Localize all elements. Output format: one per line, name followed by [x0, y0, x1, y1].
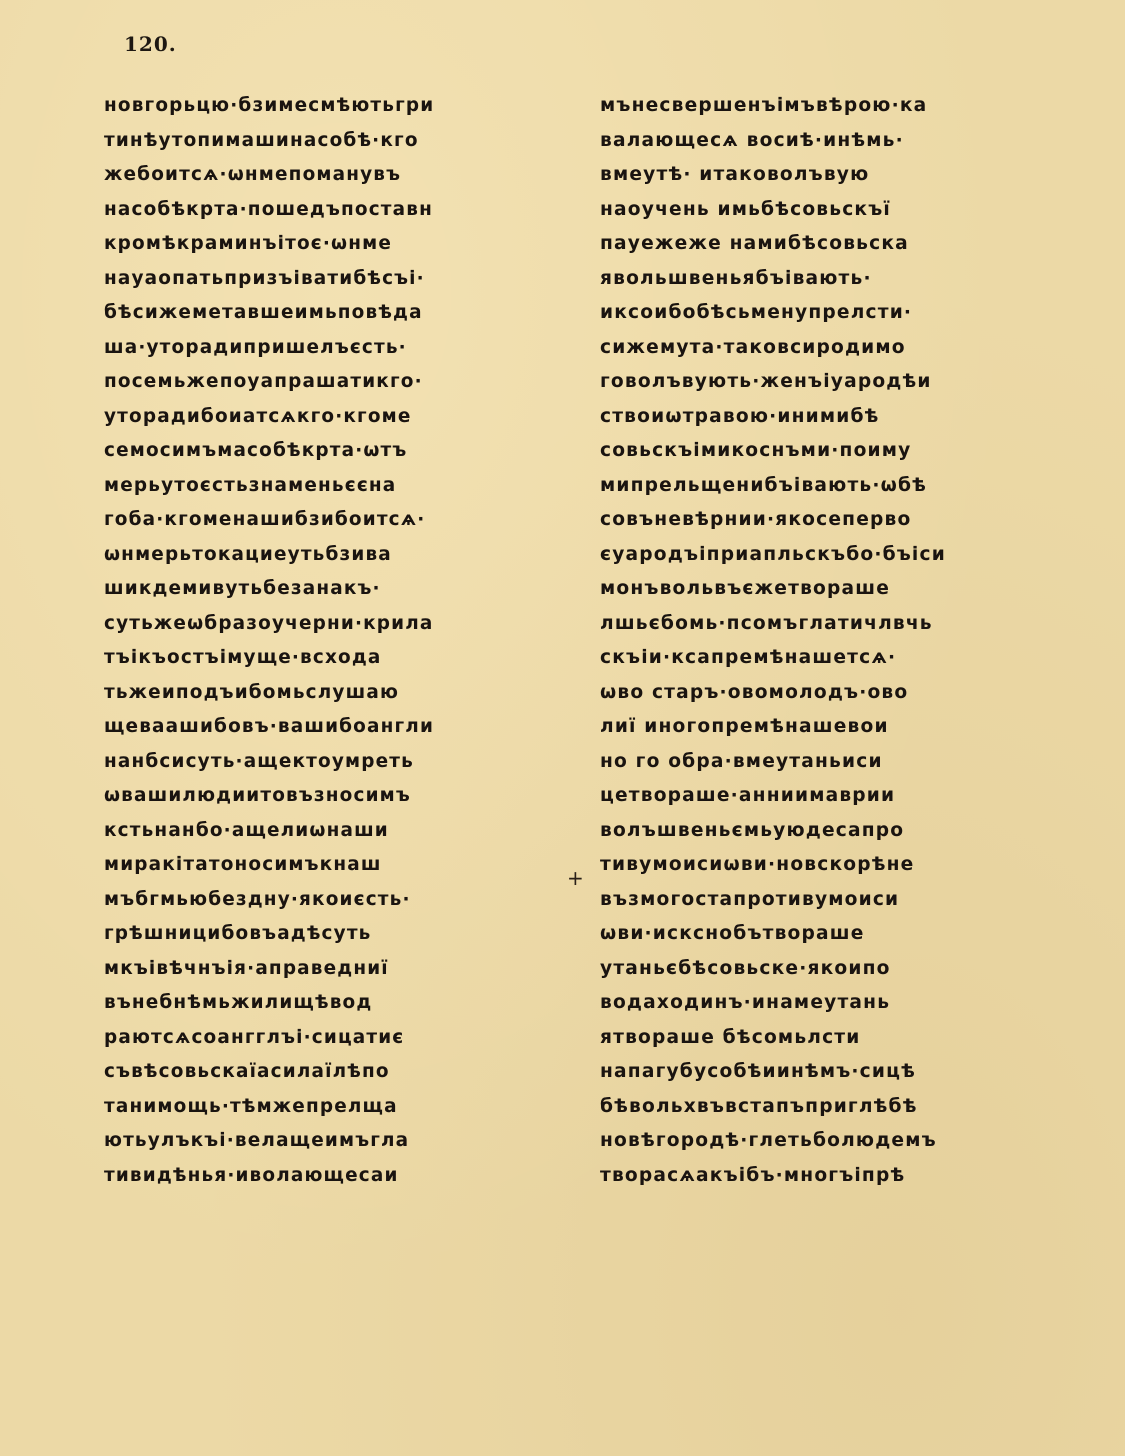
text-line: говолъвують·женъіуародѣи — [600, 364, 1066, 399]
text-line: кромѣкраминъітоє·ѡнме — [104, 226, 550, 261]
text-line: новѣгородѣ·глетьболюдемъ — [600, 1123, 1066, 1158]
text-line: цетвораше·анниимаврии — [600, 778, 1066, 813]
text-line: новгорьцю·бзимесмѣютьгри — [104, 88, 550, 123]
text-line: гоба·кгоменашибзибоитсѧ· — [104, 502, 550, 537]
text-line: иксоибобѣсьменупрелсти· — [600, 295, 1066, 330]
text-line: нанбсисуть·ащектоумреть — [104, 744, 550, 779]
text-line: шикдемивутьбезанакъ· — [104, 571, 550, 606]
text-line: мерьутоєстьзнаменьєєна — [104, 468, 550, 503]
text-line: лиї иногопремѣнашевои — [600, 709, 1066, 744]
text-line: вмеутѣ· итаковолъвую — [600, 157, 1066, 192]
margin-cross-mark: + — [567, 866, 584, 890]
text-line: ѡви·искснобътвораше — [600, 916, 1066, 951]
text-line: мънесвершенъімъвѣрою·ка — [600, 88, 1066, 123]
text-line: бѣвольхвъвстапъприглѣбѣ — [600, 1089, 1066, 1124]
text-line: кстьнанбо·ащелиѡнаши — [104, 813, 550, 848]
text-line: раютсѧсоангглъі·сицатиє — [104, 1020, 550, 1055]
text-line: вънебнѣмьжилищѣвод — [104, 985, 550, 1020]
text-line: совьскъімикоснъми·поиму — [600, 433, 1066, 468]
text-line: ятвораше бѣсомьлсти — [600, 1020, 1066, 1055]
text-line: щеваашибовъ·вашибоангли — [104, 709, 550, 744]
text-line: ютьулъкъі·велащеимъгла — [104, 1123, 550, 1158]
text-line: ствоиѡтравою·инимибѣ — [600, 399, 1066, 434]
text-line: съвѣсовьскаїасилаїлѣпо — [104, 1054, 550, 1089]
text-line: пауежеже намибѣсовьска — [600, 226, 1066, 261]
left-text-column: новгорьцю·бзимесмѣютьгри тинѣутопимашина… — [104, 88, 564, 1192]
text-line: мъбгмьюбездну·якоиєсть· — [104, 882, 550, 917]
text-line: жебоитсѧ·ѡнмепоманувъ — [104, 157, 550, 192]
text-line: семосимъмасобѣкрта·ѡтъ — [104, 433, 550, 468]
text-line: посемьжепоуапрашатикго· — [104, 364, 550, 399]
text-line: ѡво старъ·овомолодъ·ово — [600, 675, 1066, 710]
text-line: танимощь·тѣмжепрелща — [104, 1089, 550, 1124]
text-line: явольшвеньябъівають· — [600, 261, 1066, 296]
text-line: творасѧакъібъ·многъіпрѣ — [600, 1158, 1066, 1193]
text-line: но го обра·вмеутаньиси — [600, 744, 1066, 779]
text-line: водаходинъ·инамеутань — [600, 985, 1066, 1020]
text-line: скъіи·ксапремѣнашетсѧ· — [600, 640, 1066, 675]
text-line: тьжеиподъибомьслушаю — [104, 675, 550, 710]
text-line: валающесѧ восиѣ·инѣмь· — [600, 123, 1066, 158]
text-line: ѡвашилюдиитовъзносимъ — [104, 778, 550, 813]
text-line: сижемута·таковсиродимо — [600, 330, 1066, 365]
text-line: совъневѣрнии·якосеперво — [600, 502, 1066, 537]
text-line: миракітатоносимъкнаш — [104, 847, 550, 882]
text-line: сутьжеѡбразоучерни·крила — [104, 606, 550, 641]
page-number: 120. — [124, 32, 177, 56]
text-line: монъвольвъєжетвораше — [600, 571, 1066, 606]
text-line: тивидѣнья·иволающесаи — [104, 1158, 550, 1193]
text-line: бѣсижеметавшеимьповѣда — [104, 295, 550, 330]
right-text-column: мънесвершенъімъвѣрою·ка валающесѧ восиѣ·… — [600, 88, 1075, 1192]
text-line: тъікъостъімуще·всхода — [104, 640, 550, 675]
text-line: єуародъіприапльскъбо·бъіси — [600, 537, 1066, 572]
text-line: възмогостапротивумоиси — [600, 882, 1066, 917]
text-line: утаньєбѣсовьске·якоипо — [600, 951, 1066, 986]
text-line: насобѣкрта·пошедъпоставн — [104, 192, 550, 227]
text-line: уторадибоиатсѧкго·кгоме — [104, 399, 550, 434]
text-line: науаопатьпризъіватибѣсъі· — [104, 261, 550, 296]
text-line: тивумоисиѡви·новскорѣне — [600, 847, 1066, 882]
text-line: ша·уторадипришелъєсть· — [104, 330, 550, 365]
text-line: ѡнмерьтокациеутьбзива — [104, 537, 550, 572]
text-line: волъшвеньємьуюдесапро — [600, 813, 1066, 848]
text-line: мипрельщенибъівають·ѡбѣ — [600, 468, 1066, 503]
text-line: наоучень имьбѣсовьскъї — [600, 192, 1066, 227]
text-line: напагубусобѣиинѣмъ·сицѣ — [600, 1054, 1066, 1089]
text-line: грѣшницибовъадѣсуть — [104, 916, 550, 951]
text-line: лшьєбомь·псомъглатичлвчь — [600, 606, 1066, 641]
text-line: тинѣутопимашинасобѣ·кго — [104, 123, 550, 158]
text-line: мкъівѣчнъія·аправедниї — [104, 951, 550, 986]
